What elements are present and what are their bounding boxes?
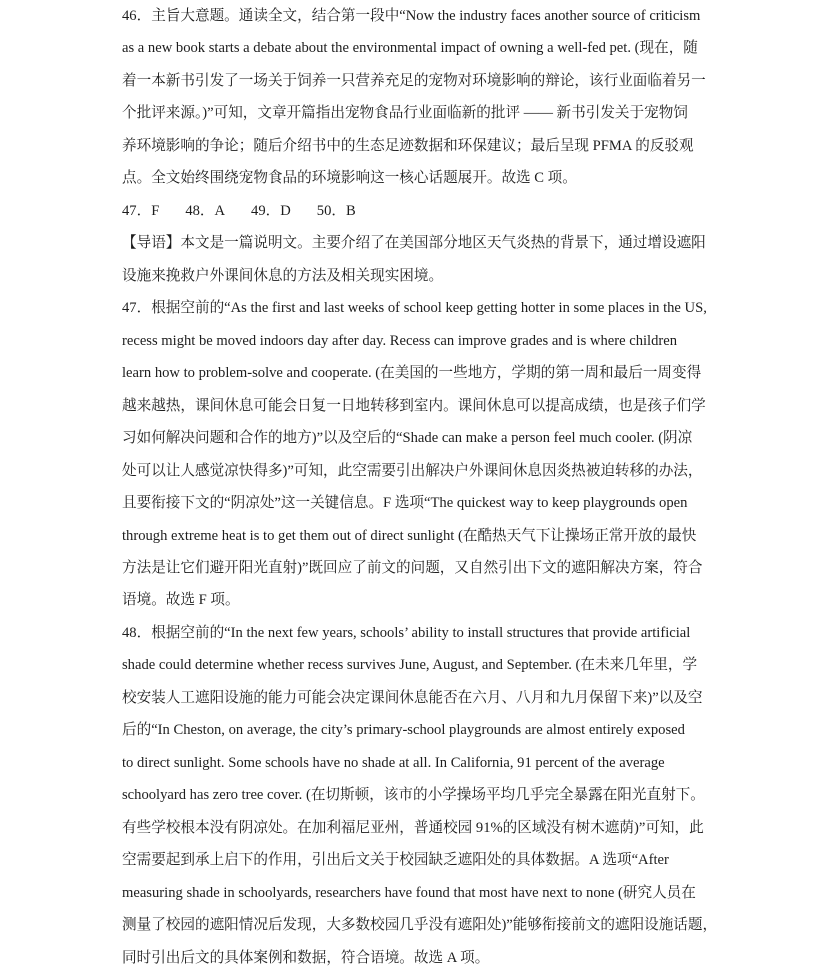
text-line: 同时引出后文的具体案例和数据，符合语境。故选 A 项。 [122,942,705,974]
answer-46-explanation: 46．主旨大意题。通读全文，结合第一段中“Now the industry fa… [122,0,705,195]
text-line: schoolyard has zero tree cover. (在切斯顿，该市… [122,779,705,811]
text-line: 养环境影响的争论；随后介绍书中的生态足迹数据和环保建议；最后呈现 PFMA 的反… [122,130,705,162]
text-line: 点。全文始终围绕宠物食品的环境影响这一核心话题展开。故选 C 项。 [122,162,705,194]
text-line: 越来越热，课间休息可能会日复一日地转移到室内。课间休息可以提高成绩，也是孩子们学 [122,390,705,422]
text-line: 着一本新书引发了一场关于饲养一只营养充足的宠物对环境影响的辩论，该行业面临着另一 [122,65,705,97]
text-line: to direct sunlight. Some schools have no… [122,747,705,779]
text-line: 且要衔接下文的“阴凉处”这一关键信息。F 选项“The quickest way… [122,487,705,519]
text-line: recess might be moved indoors day after … [122,325,705,357]
text-line: measuring shade in schoolyards, research… [122,877,705,909]
text-line: 语境。故选 F 项。 [122,584,705,616]
text-line: 47．根据空前的“As the first and last weeks of … [122,292,705,324]
text-line: 处可以让人感觉凉快得多)”可知，此空需要引出解决户外课间休息因炎热被迫转移的办法… [122,455,705,487]
text-line: 【导语】本文是一篇说明文。主要介绍了在美国部分地区天气炎热的背景下，通过增设遮阳 [122,227,705,259]
answer-item: 49．D [251,195,291,227]
text-line: 48．根据空前的“In the next few years, schools’… [122,617,705,649]
text-line: through extreme heat is to get them out … [122,520,705,552]
text-line: shade could determine whether recess sur… [122,649,705,681]
text-line: learn how to problem-solve and cooperate… [122,357,705,389]
text-line: 设施来挽救户外课间休息的方法及相关现实困境。 [122,260,705,292]
answer-item: 47．F [122,195,159,227]
passage-intro-note: 【导语】本文是一篇说明文。主要介绍了在美国部分地区天气炎热的背景下，通过增设遮阳… [122,227,705,292]
text-line: 习如何解决问题和合作的地方)”以及空后的“Shade can make a pe… [122,422,705,454]
text-line: 46．主旨大意题。通读全文，结合第一段中“Now the industry fa… [122,0,705,32]
document-page: 46．主旨大意题。通读全文，结合第一段中“Now the industry fa… [0,0,827,974]
answer-47-explanation: 47．根据空前的“As the first and last weeks of … [122,292,705,617]
answer-row: 47．F48．A49．D50．B [122,195,705,227]
document-content: 46．主旨大意题。通读全文，结合第一段中“Now the industry fa… [122,0,705,974]
text-line: 校安装人工遮阳设施的能力可能会决定课间休息能否在六月、八月和九月保留下来)”以及… [122,682,705,714]
answers-47-50: 47．F48．A49．D50．B [122,195,705,227]
answer-item: 50．B [317,195,356,227]
text-line: 测量了校园的遮阳情况后发现，大多数校园几乎没有遮阳处)”能够衔接前文的遮阳设施话… [122,909,705,941]
text-line: 后的“In Cheston, on average, the city’s pr… [122,714,705,746]
text-line: 有些学校根本没有阴凉处。在加利福尼亚州，普通校园 91%的区域没有树木遮荫)”可… [122,812,705,844]
text-line: 方法是让它们避开阳光直射)”既回应了前文的问题，又自然引出下文的遮阳解决方案，符… [122,552,705,584]
answer-item: 48．A [185,195,225,227]
text-line: as a new book starts a debate about the … [122,32,705,64]
answer-48-explanation: 48．根据空前的“In the next few years, schools’… [122,617,705,974]
text-line: 空需要起到承上启下的作用，引出后文关于校园缺乏遮阳处的具体数据。A 选项“Aft… [122,844,705,876]
text-line: 个批评来源。)”可知，文章开篇指出宠物食品行业面临新的批评 —— 新书引发关于宠… [122,97,705,129]
